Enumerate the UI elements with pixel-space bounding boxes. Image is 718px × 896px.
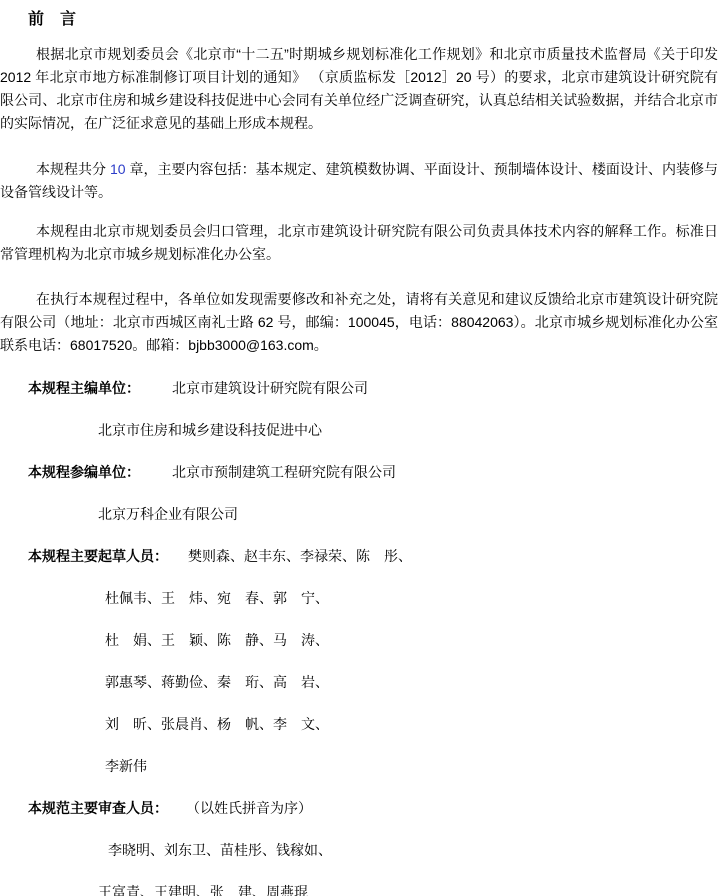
- reviewers-label: 本规范主要审查人员：: [0, 800, 168, 816]
- paragraph-contents-before: 本规程共分: [36, 161, 110, 177]
- co-editor-unit-cont: 北京万科企业有限公司: [0, 503, 718, 526]
- drafters-names-line: 刘 昕、张晨肖、杨 帆、李 文、: [0, 713, 718, 736]
- drafters-names-line: 郭惠琴、蒋勤俭、秦 珩、高 岩、: [0, 671, 718, 694]
- drafters-names-line: 杜 娟、王 颖、陈 静、马 涛、: [0, 629, 718, 652]
- reviewers-order-note: （以姓氏拼音为序）: [186, 797, 312, 820]
- drafters-names-line: 李新伟: [0, 755, 718, 778]
- drafters-names-line: 樊则森、赵丰东、李禄荣、陈 彤、: [188, 545, 412, 568]
- chief-editor-label: 本规程主编单位：: [0, 380, 140, 396]
- reviewers-names-line: 李晓明、刘东卫、苗桂彤、钱稼如、: [0, 839, 718, 862]
- document-page: 前 言 根据北京市规划委员会《北京市“十二五”时期城乡规划标准化工作规划》和北京…: [0, 0, 718, 896]
- reviewers-row: 本规范主要审查人员： （以姓氏拼音为序）: [0, 797, 718, 820]
- page-title: 前 言: [28, 8, 718, 31]
- co-editor-label: 本规程参编单位：: [0, 464, 140, 480]
- co-editor-row: 本规程参编单位： 北京市预制建筑工程研究院有限公司: [0, 461, 718, 484]
- chapter-count-number: 10: [110, 161, 126, 177]
- chief-editor-row: 本规程主编单位： 北京市建筑设计研究院有限公司: [0, 377, 718, 400]
- reviewers-names-line: 王富青、王建明、张 建、周燕琨: [0, 881, 718, 896]
- chief-editor-unit: 北京市建筑设计研究院有限公司: [172, 377, 368, 400]
- co-editor-unit: 北京市预制建筑工程研究院有限公司: [172, 461, 396, 484]
- paragraph-contents: 本规程共分 10 章，主要内容包括：基本规定、建筑模数协调、平面设计、预制墙体设…: [0, 158, 718, 204]
- chief-editor-unit-cont: 北京市住房和城乡建设科技促进中心: [0, 419, 718, 442]
- paragraph-feedback: 在执行本规程过程中，各单位如发现需要修改和补充之处，请将有关意见和建议反馈给北京…: [0, 288, 718, 357]
- paragraph-management: 本规程由北京市规划委员会归口管理，北京市建筑设计研究院有限公司负责具体技术内容的…: [0, 220, 718, 266]
- drafters-names-line: 杜佩韦、王 炜、宛 春、郭 宁、: [0, 587, 718, 610]
- drafters-label: 本规程主要起草人员：: [0, 548, 168, 564]
- paragraph-basis: 根据北京市规划委员会《北京市“十二五”时期城乡规划标准化工作规划》和北京市质量技…: [0, 43, 718, 135]
- drafters-row: 本规程主要起草人员： 樊则森、赵丰东、李禄荣、陈 彤、: [0, 545, 718, 568]
